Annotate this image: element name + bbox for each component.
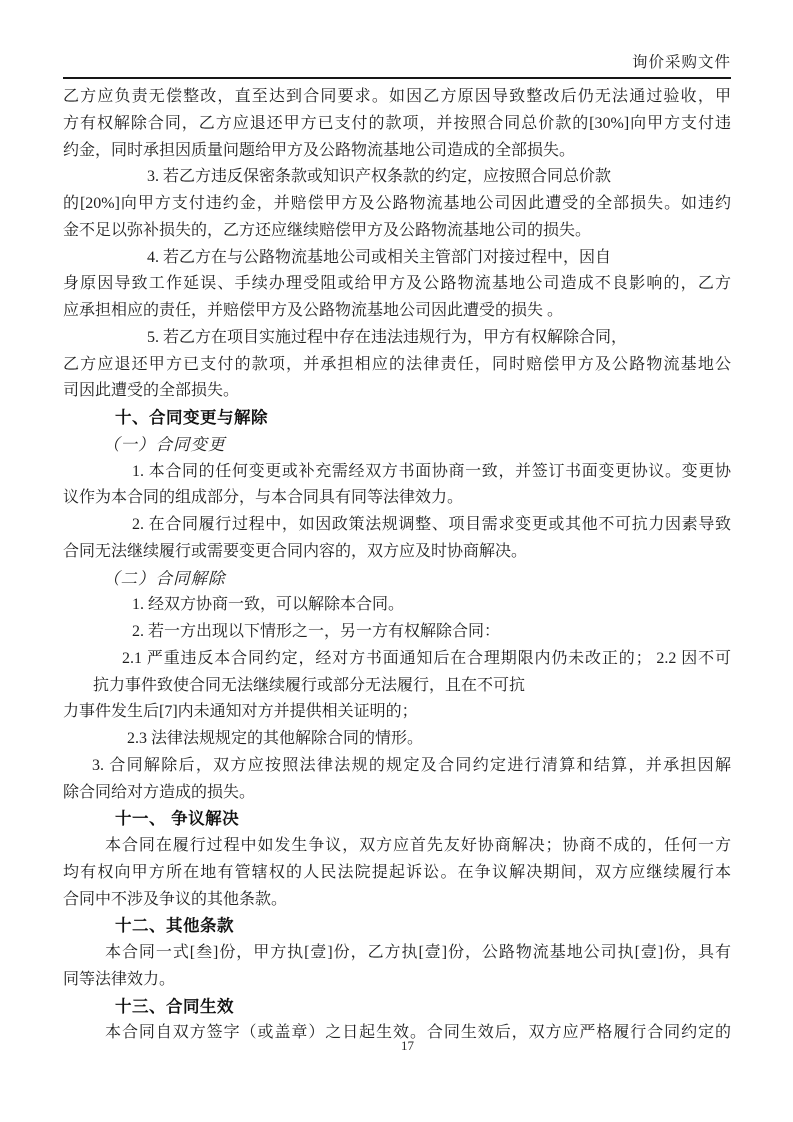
list-item-line: 1. 经双方协商一致，可以解除本合同。 (63, 592, 731, 619)
section-heading: 十一、 争议解决 (63, 806, 731, 833)
text-line: 身原因导致工作延误、手续办理受阻或给甲方及公路物流基地公司造成不良影响的，乙方 (63, 271, 731, 298)
section-heading: 十、合同变更与解除 (63, 405, 731, 432)
list-item-line: 2. 若一方出现以下情形之一，另一方有权解除合同： (63, 619, 731, 646)
list-item-line: 5. 若乙方在项目实施过程中存在违法违规行为，甲方有权解除合同， (63, 325, 731, 352)
section-heading: 十二、其他条款 (63, 913, 731, 940)
text-line: 金不足以弥补损失的，乙方还应继续赔偿甲方及公路物流基地公司的损失。 (63, 218, 731, 245)
text-line: 合同无法继续履行或需要变更合同内容的，双方应及时协商解决。 (63, 539, 731, 566)
page-number: 17 (0, 1037, 793, 1055)
text-line: 本合同一式[叁]份，甲方执[壹]份，乙方执[壹]份，公路物流基地公司执[壹]份，… (63, 940, 731, 967)
list-item-line: 3. 若乙方违反保密条款或知识产权条款的约定，应按照合同总价款 (63, 164, 731, 191)
header-rule (63, 77, 731, 79)
text-line: 本合同在履行过程中如发生争议，双方应首先友好协商解决；协商不成的，任何一方 (63, 833, 731, 860)
text-line: 的[20%]向甲方支付违约金，并赔偿甲方及公路物流基地公司因此遭受的全部损失。如… (63, 191, 731, 218)
text-line: 合同中不涉及争议的其他条款。 (63, 887, 731, 914)
page-header: 询价采购文件 (63, 53, 731, 73)
list-item-line: 3. 合同解除后，双方应按照法律法规的规定及合同约定进行清算和结算，并承担因解 (63, 753, 731, 780)
text-line: 议作为本合同的组成部分，与本合同具有同等法律效力。 (63, 485, 731, 512)
document-body: 乙方应负责无偿整改，直至达到合同要求。如因乙方原因导致整改后仍无法通过验收，甲 … (63, 84, 731, 1047)
text-line: 乙方应负责无偿整改，直至达到合同要求。如因乙方原因导致整改后仍无法通过验收，甲 (63, 84, 731, 111)
text-line: 约金，同时承担因质量问题给甲方及公路物流基地公司造成的全部损失。 (63, 138, 731, 165)
text-line: 力事件发生后[7]内未通知对方并提供相关证明的； (63, 699, 731, 726)
subsection-heading: （二）合同解除 (63, 566, 731, 593)
document-page: 询价采购文件 乙方应负责无偿整改，直至达到合同要求。如因乙方原因导致整改后仍无法… (0, 0, 793, 1122)
text-line: 应承担相应的责任，并赔偿甲方及公路物流基地公司因此遭受的损失 。 (63, 298, 731, 325)
section-heading: 十三、合同生效 (63, 994, 731, 1021)
list-item-line: 2.1 严重违反本合同约定，经对方书面通知后在合理期限内仍未改正的； 2.2 因… (63, 646, 731, 673)
list-item-line: 4. 若乙方在与公路物流基地公司或相关主管部门对接过程中，因自 (63, 245, 731, 272)
text-line: 抗力事件致使合同无法继续履行或部分无法履行，且在不可抗 (63, 673, 731, 700)
list-item-line: 2. 在合同履行过程中，如因政策法规调整、项目需求变更或其他不可抗力因素导致 (63, 512, 731, 539)
header-label: 询价采购文件 (632, 54, 731, 71)
list-item-line: 1. 本合同的任何变更或补充需经双方书面协商一致，并签订书面变更协议。变更协 (63, 459, 731, 486)
text-line: 乙方应退还甲方已支付的款项，并承担相应的法律责任，同时赔偿甲方及公路物流基地公 (63, 352, 731, 379)
text-line: 方有权解除合同，乙方应退还甲方已支付的款项，并按照合同总价款的[30%]向甲方支… (63, 111, 731, 138)
text-line: 均有权向甲方所在地有管辖权的人民法院提起诉讼。在争议解决期间，双方应继续履行本 (63, 860, 731, 887)
text-line: 司因此遭受的全部损失。 (63, 378, 731, 405)
list-item-line: 2.3 法律法规规定的其他解除合同的情形。 (63, 726, 731, 753)
text-line: 同等法律效力。 (63, 967, 731, 994)
text-line: 除合同给对方造成的损失。 (63, 780, 731, 807)
subsection-heading: （一）合同变更 (63, 432, 731, 459)
